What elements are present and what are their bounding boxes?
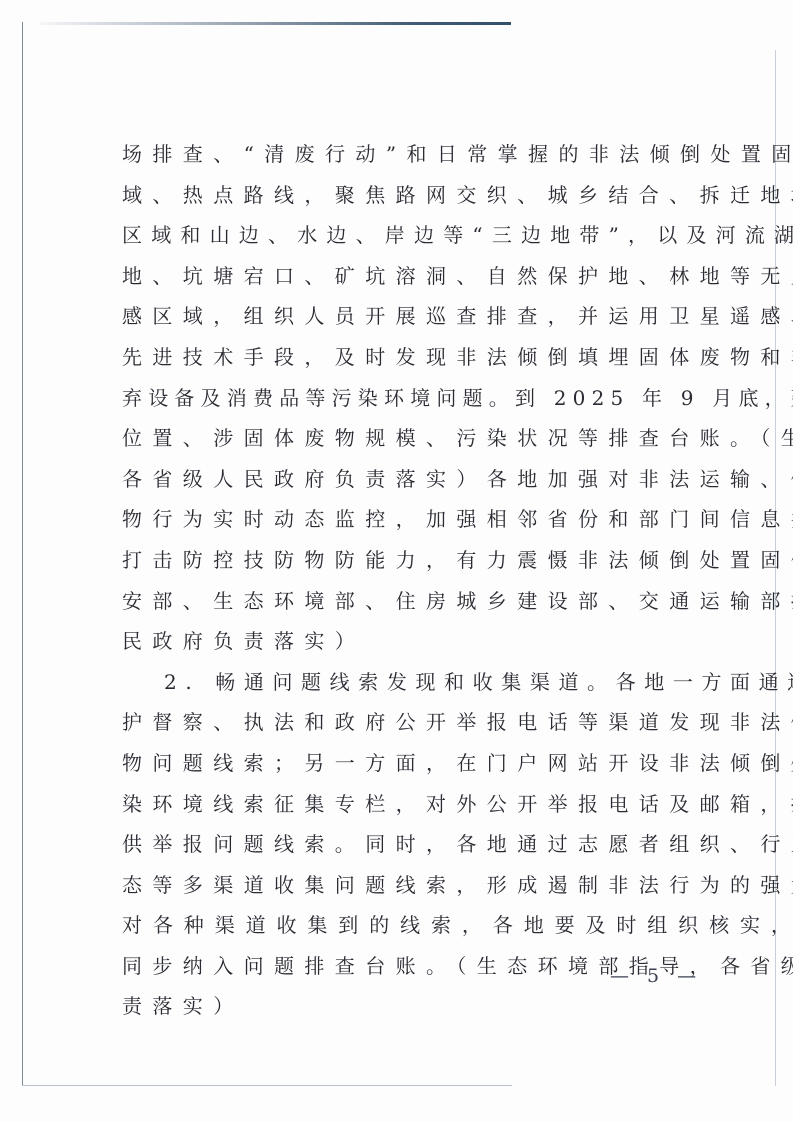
body-text-line: 同步纳入问题排查台账。（生态环境部指导，各省级人民政府负 xyxy=(122,951,684,992)
body-text-line: 先进技术手段，及时发现非法倾倒填埋固体废物和非法拆解处置废 xyxy=(122,342,684,383)
body-text-line: 场排查、“清废行动”和日常掌握的非法倾倒处置固体废物热点区 xyxy=(122,139,684,180)
body-text-line: 感区域，组织人员开展巡查排查，并运用卫星遥感、无人机巡查等 xyxy=(122,301,684,342)
body-text-line: 区域和山边、水边、岸边等“三边地带”，以及河流湖泊、荒滩荒 xyxy=(122,220,684,261)
document-body: 场排查、“清废行动”和日常掌握的非法倾倒处置固体废物热点区 域、热点路线，聚焦路… xyxy=(122,139,684,1032)
scan-border-top xyxy=(40,22,511,25)
body-text-line: 安部、生态环境部、住房城乡建设部、交通运输部指导，各省级人 xyxy=(122,586,684,627)
scan-border-left xyxy=(22,22,23,1086)
scan-border-bottom xyxy=(22,1085,512,1086)
body-text-line: 各省级人民政府负责落实）各地加强对非法运输、倾倒处置固体废 xyxy=(122,464,684,505)
document-page: 场排查、“清废行动”和日常掌握的非法倾倒处置固体废物热点区 域、热点路线，聚焦路… xyxy=(0,0,793,1122)
body-text-line: 护督察、执法和政府公开举报电话等渠道发现非法倾倒处置固体废 xyxy=(122,707,684,748)
body-text-line: 供举报问题线索。同时，各地通过志愿者组织、行业协会和舆情动 xyxy=(122,829,684,870)
body-text-line: 弃设备及消费品等污染环境问题。到 2025 年 9 月底，建立问题类别、 xyxy=(122,383,684,424)
body-text-line: 域、热点路线，聚焦路网交织、城乡结合、拆迁地块、行政交界等 xyxy=(122,180,684,221)
section-heading-line: 2. 畅通问题线索发现和收集渠道。各地一方面通过生态环境保 xyxy=(122,667,684,708)
body-text-line: 物行为实时动态监控，加强相邻省份和部门间信息共享。切实提升 xyxy=(122,504,684,545)
body-text-line: 打击防控技防物防能力，有力震慑非法倾倒处置固体废物行为。（公 xyxy=(122,545,684,586)
body-text-line: 对各种渠道收集到的线索，各地要及时组织核实，问题属实的， xyxy=(122,910,684,951)
body-text-line: 物问题线索；另一方面，在门户网站开设非法倾倒处置固体废物污 xyxy=(122,748,684,789)
body-text-line: 染环境线索征集专栏，对外公开举报电话及邮箱，接收社会公众提 xyxy=(122,789,684,830)
body-text-line: 民政府负责落实） xyxy=(122,626,684,667)
body-text-line: 态等多渠道收集问题线索，形成遏制非法行为的强大社会舆论氛围。 xyxy=(122,870,684,911)
page-number: — 5 — xyxy=(610,965,702,987)
body-text-line: 位置、涉固体废物规模、污染状况等排查台账。（生态环境部指导， xyxy=(122,423,684,464)
body-text-line: 责落实） xyxy=(122,991,684,1032)
body-text-line: 地、坑塘宕口、矿坑溶洞、自然保护地、林地等无人区域和生态敏 xyxy=(122,261,684,302)
